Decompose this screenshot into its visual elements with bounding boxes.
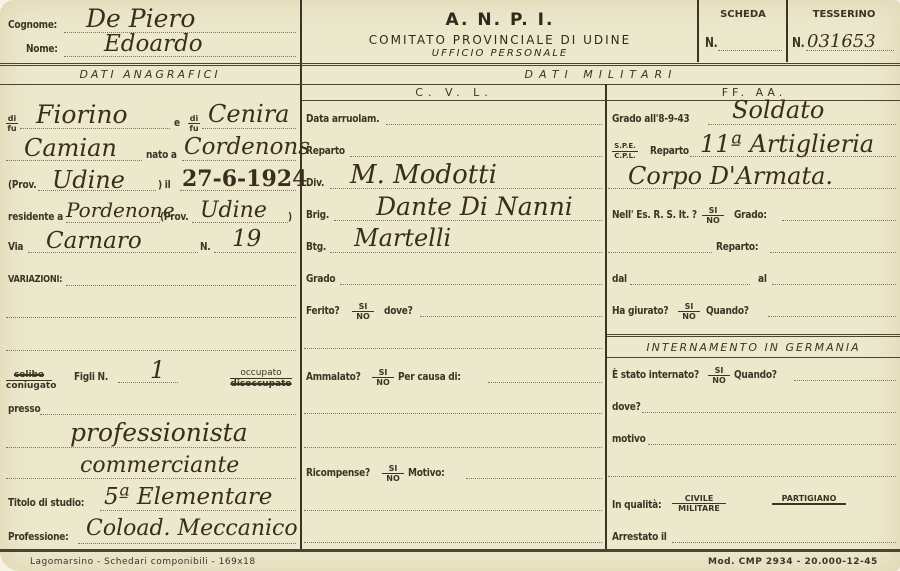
divider-tesserino: [786, 0, 788, 62]
giurato-quando-label: Quando?: [706, 304, 749, 317]
cognome-value: De Piero: [86, 6, 195, 31]
via-label: Via: [8, 240, 23, 253]
civile-militare-choice[interactable]: CIVILE MILITARE: [672, 494, 726, 513]
internato-quando-label: Quando?: [734, 368, 777, 381]
presso-dotline-1: [40, 414, 296, 415]
dal-dotline: [630, 284, 750, 285]
ammalato-label: Ammalato?: [306, 370, 361, 383]
div-value: M. Modotti: [350, 162, 497, 188]
giurato-label: Ha giurato?: [612, 304, 668, 317]
variazioni-dotline-1: [66, 285, 296, 286]
occupation-status: occupato disoccupato: [230, 368, 292, 389]
rsi-si-no[interactable]: SINO: [702, 206, 724, 225]
ffaa-reparto-value-1: 11ª Artiglieria: [700, 132, 874, 156]
partisan-record-card: Cognome: De Piero Nome: Edoardo A. N. P.…: [0, 0, 900, 571]
di-fu-mother: difu: [188, 114, 200, 133]
cvl-grado-label: Grado: [306, 272, 335, 285]
data-arruolam-dotline: [386, 124, 602, 125]
internamento-rule-bottom: [607, 357, 900, 358]
nato-a-label: nato a: [146, 148, 177, 161]
figli-value: 1: [150, 358, 165, 382]
scheda-n-label: N.: [705, 36, 717, 51]
res-prov-close: ): [288, 210, 292, 223]
ammalato-dotline-3: [304, 447, 602, 448]
ffaa-reparto-label: Reparto: [650, 144, 689, 157]
arrestato-dotline: [672, 542, 896, 543]
birth-date-value: 27-6-1924: [182, 168, 307, 190]
ffaa-grado-dotline: [708, 124, 896, 125]
internato-motivo-label: motivo: [612, 432, 646, 445]
ferito-si-no[interactable]: SINO: [352, 302, 374, 321]
cognome-label: Cognome:: [8, 18, 57, 31]
internamento-title: INTERNAMENTO IN GERMANIA: [607, 341, 900, 354]
committee-title: COMITATO PROVINCIALE DI UDINE: [302, 33, 698, 47]
motivo-dotline: [466, 478, 602, 479]
figli-dotline: [118, 382, 178, 383]
partigiano-choice[interactable]: PARTIGIANO: [772, 494, 846, 505]
di-fu-father: difu: [6, 114, 18, 133]
ferito-dotline-2: [304, 348, 602, 349]
figli-label: Figli N.: [74, 370, 108, 383]
divider-scheda: [697, 0, 699, 62]
presso-value-line2: commerciante: [80, 455, 239, 477]
qualita-label: In qualità:: [612, 498, 661, 511]
professione-label: Professione:: [8, 530, 69, 543]
div-label: Div.: [306, 176, 324, 189]
titolo-studio-dotline: [100, 510, 296, 511]
presso-dotline-3: [6, 478, 296, 479]
header-rule: [0, 63, 900, 66]
variazioni-dotline-2: [6, 317, 296, 318]
printer-imprint: Lagomarsino - Schedari componibili - 169…: [30, 557, 256, 567]
residence-value: Pordenone: [66, 200, 175, 220]
rsi-reparto-dotline: [770, 252, 896, 253]
rsi-label: Nell' Es. R. S. It. ?: [612, 208, 697, 221]
reparto-dotline: [350, 156, 602, 157]
variazioni-dotline-3: [6, 350, 296, 351]
internato-dotline-extra: [608, 476, 896, 477]
internamento-rule-top: [607, 334, 900, 337]
civico-value: 19: [232, 228, 261, 251]
mother-dotline: [202, 128, 296, 129]
tesserino-n-label: N.: [792, 36, 804, 51]
rsi-reparto-dotline-left: [608, 252, 712, 253]
ricompense-label: Ricompense?: [306, 466, 370, 479]
rsi-reparto-label: Reparto:: [716, 240, 758, 253]
internato-dove-dotline: [642, 412, 896, 413]
mother-surname-value: Camian: [24, 136, 117, 160]
tesserino-label: TESSERINO: [789, 9, 899, 20]
mother-value: Cenira: [208, 102, 289, 126]
ricompense-dotline-2: [304, 510, 602, 511]
al-label: al: [758, 272, 767, 285]
section-rule: [0, 84, 900, 85]
res-prov-value: Udine: [200, 200, 267, 222]
model-imprint: Mod. CMP 2934 - 20.000-12-45: [708, 557, 878, 567]
internato-quando-dotline: [794, 380, 896, 381]
ferito-label: Ferito?: [306, 304, 339, 317]
per-causa-dotline: [488, 382, 602, 383]
ammalato-dotline-2: [304, 413, 602, 414]
titolo-studio-label: Titolo di studio:: [8, 496, 84, 509]
btg-label: Btg.: [306, 240, 326, 253]
ricompense-dotline-3: [304, 542, 602, 543]
dal-label: dal: [612, 272, 627, 285]
spe-cpl: S.P.E.C.P.L.: [612, 142, 638, 161]
tesserino-value: 031653: [807, 33, 876, 51]
ricompense-si-no[interactable]: SINO: [382, 464, 404, 483]
ammalato-si-no[interactable]: SINO: [372, 368, 394, 387]
brig-value: Dante Di Nanni: [376, 194, 573, 219]
variazioni-label: VARIAZIONI:: [8, 274, 62, 285]
al-dotline: [772, 284, 896, 285]
marital-status: celibe coniugato: [6, 370, 52, 391]
ffaa-grado-value: Soldato: [732, 98, 824, 122]
nome-value: Edoardo: [104, 33, 203, 56]
data-arruolam-label: Data arruolam.: [306, 112, 379, 125]
scheda-label: SCHEDA: [700, 9, 786, 20]
presso-dotline-2: [6, 447, 296, 448]
il-label: ) il: [158, 178, 170, 191]
birth-prov-label: (Prov.: [8, 178, 36, 191]
cvl-title: C. V. L.: [302, 86, 606, 99]
ffaa-grado-label: Grado all'8-9-43: [612, 112, 689, 125]
divider-right: [605, 84, 607, 550]
arrestato-label: Arrestato il: [612, 530, 667, 543]
e-label: e: [174, 116, 180, 129]
giurato-si-no[interactable]: SINO: [678, 302, 700, 321]
birth-prov-value: Udine: [52, 168, 125, 192]
giurato-quando-dotline: [768, 316, 896, 317]
scheda-dotline: [718, 50, 782, 51]
per-causa-label: Per causa di:: [398, 370, 461, 383]
titolo-studio-value: 5ª Elementare: [104, 486, 272, 509]
cvl-grado-dotline: [340, 284, 602, 285]
birthplace-value: Cordenons: [184, 136, 310, 159]
rsi-grado-dotline: [782, 220, 896, 221]
birthplace-dotline: [182, 160, 296, 161]
rsi-grado-label: Grado:: [734, 208, 767, 221]
ferito-dove-dotline: [420, 316, 602, 317]
via-value: Carnaro: [46, 230, 142, 253]
motivo-label: Motivo:: [408, 466, 445, 479]
office-title: UFFICIO PERSONALE: [302, 48, 698, 59]
residente-label: residente a: [8, 210, 63, 223]
father-value: Fiorino: [36, 102, 128, 127]
internato-label: È stato internato?: [612, 368, 699, 381]
dati-militari-title: DATI MILITARI: [302, 68, 900, 81]
ffaa-reparto-value-2: Corpo D'Armata.: [628, 164, 833, 188]
btg-value: Martelli: [354, 226, 451, 250]
reparto-label: Reparto: [306, 144, 345, 157]
presso-label: presso: [8, 402, 40, 415]
internato-dove-label: dove?: [612, 400, 641, 413]
nome-label: Nome:: [26, 42, 58, 55]
btg-dotline: [330, 252, 602, 253]
res-prov-label: (Prov.: [160, 210, 188, 223]
divider-left: [300, 0, 302, 550]
org-title: A. N. P. I.: [302, 10, 698, 30]
civico-dotline: [214, 252, 296, 253]
presso-value-line1: professionista: [70, 420, 248, 445]
internato-motivo-dotline: [648, 444, 896, 445]
civico-label: N.: [200, 240, 210, 253]
professione-value: Coload. Meccanico: [86, 518, 298, 540]
brig-label: Brig.: [306, 208, 329, 221]
footer-rule: [0, 549, 900, 552]
dati-anagrafici-title: DATI ANAGRAFICI: [0, 68, 300, 81]
internato-si-no[interactable]: SINO: [708, 366, 730, 385]
professione-dotline: [78, 543, 296, 544]
ferito-dove-label: dove?: [384, 304, 413, 317]
residence-dotline: [66, 222, 160, 223]
